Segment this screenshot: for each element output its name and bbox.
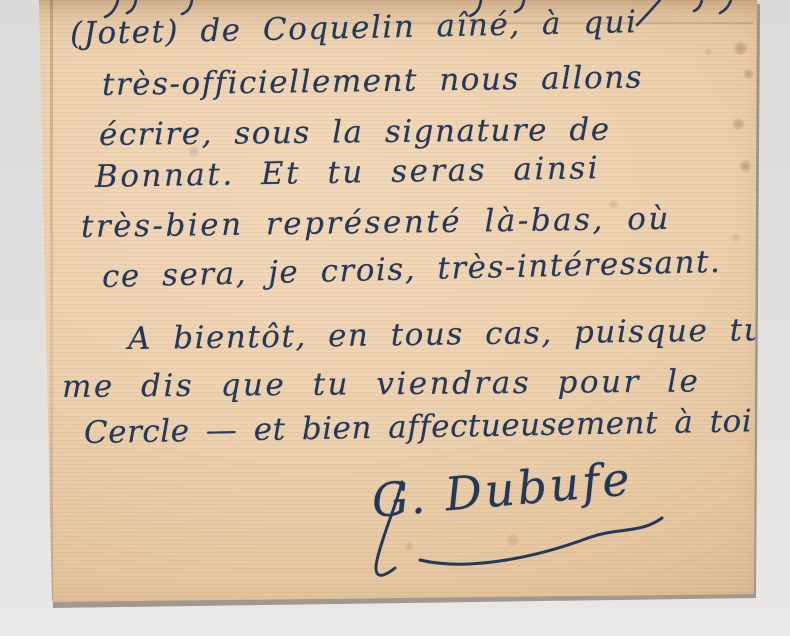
foxing-spot [739, 160, 752, 172]
foxing-spot [733, 42, 748, 55]
handwritten-line: très-bien représenté là-bas, où [81, 201, 671, 245]
signature: G. Dubufe [370, 451, 635, 528]
foxing-spot [731, 233, 741, 242]
foxing-spot [732, 118, 745, 130]
handwritten-line: Cercle — et bien affectueusement à toi [84, 403, 753, 451]
handwritten-line: me dis que tu viendras pour le [62, 363, 701, 405]
foxing-spot [404, 542, 414, 551]
handwritten-line: A bientôt, en tous cas, puisque tu [128, 312, 766, 357]
foxing-spot [506, 534, 520, 546]
letter-page: (Jotet) de Coquelin aîné, à qui très-off… [0, 0, 790, 636]
smudge-spot [188, 146, 200, 157]
foxing-spot [743, 69, 754, 79]
vertical-fold-crease [50, 0, 53, 600]
handwritten-line: ce sera, je crois, très-intéressant. [102, 244, 722, 295]
foxing-spot [608, 200, 619, 209]
scanned-letter-image: (Jotet) de Coquelin aîné, à qui très-off… [0, 0, 790, 636]
handwritten-line: (Jotet) de Coquelin aîné, à qui [70, 4, 638, 52]
foxing-spot [704, 48, 713, 56]
handwritten-line: Bonnat. Et tu seras ainsi [95, 150, 601, 195]
handwritten-line: très-officiellement nous allons [102, 59, 644, 103]
handwritten-line: écrire, sous la signature de [99, 112, 611, 153]
